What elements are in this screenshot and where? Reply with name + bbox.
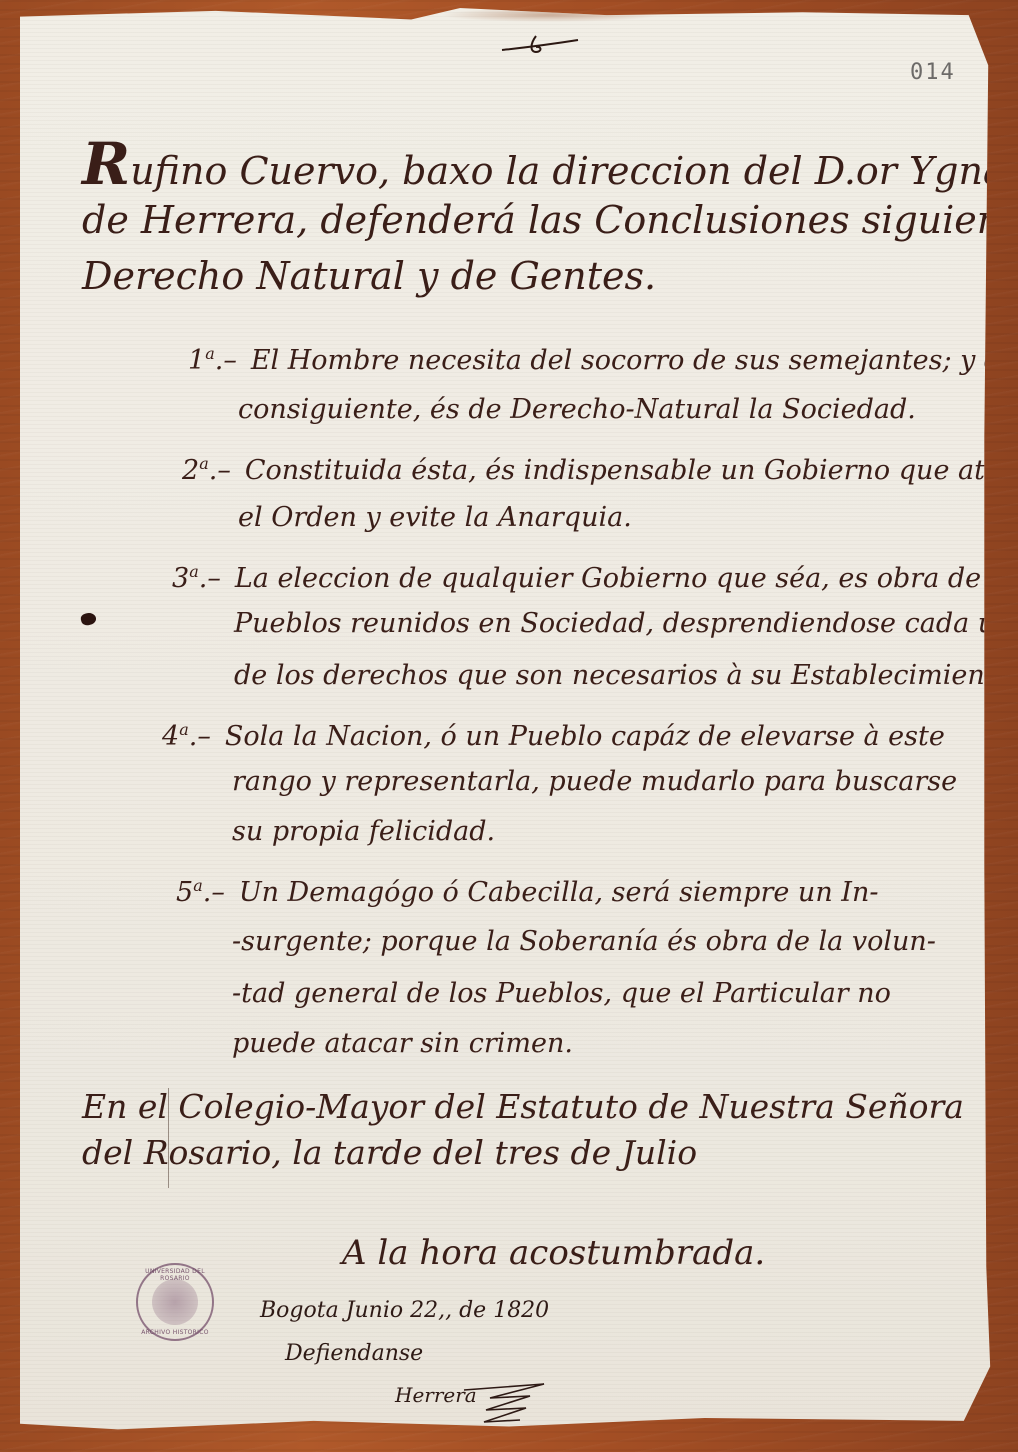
archive-stamp: UNIVERSIDAD DEL ROSARIO ARCHIVO HISTORIC…: [136, 1263, 214, 1341]
conclusion-4-line-1: 4a.–Sola la Nacion, ó un Pueblo capáz de…: [162, 710, 945, 757]
heading-line-2: de Herrera, defenderá las Conclusiones s…: [82, 192, 1018, 248]
approval-annotation: Defiendanse: [285, 1341, 423, 1366]
conclusion-2-line-2: el Orden y evite la Anarquia.: [238, 498, 632, 538]
heading-initial: R: [82, 130, 130, 198]
conclusion-3-line-3: de los derechos que son necesarios à su …: [234, 656, 1018, 696]
conclusion-number: 3a.–: [172, 563, 221, 594]
stamp-emblem-icon: [152, 1279, 198, 1325]
page-number-mark: [500, 34, 580, 54]
stamp-bottom-text: ARCHIVO HISTORICO: [138, 1329, 212, 1336]
conclusion-4-line-3: su propia felicidad.: [232, 812, 495, 852]
conclusion-5-line-3: -tad general de los Pueblos, que el Part…: [232, 974, 891, 1014]
conclusion-5-line-2: -surgente; porque la Soberanía és obra d…: [232, 922, 936, 962]
conclusion-3-line-2: Pueblos reunidos en Sociedad, desprendie…: [234, 604, 1018, 644]
conclusion-number: 4a.–: [162, 721, 211, 752]
conclusion-1-line-2: consiguiente, és de Derecho-Natural la S…: [238, 390, 916, 430]
conclusion-5-line-1: 5a.–Un Demagógo ó Cabecilla, será siempr…: [176, 866, 878, 913]
closing-line-2: del Rosario, la tarde del tres de Julio: [82, 1130, 697, 1176]
conclusion-2-line-1: 2a.–Constituida ésta, és indispensable u…: [182, 444, 1018, 491]
hour-line: A la hora acostumbrada.: [342, 1233, 765, 1273]
conclusion-4-line-2: rango y representarla, puede mudarlo par…: [232, 762, 957, 802]
conclusion-number: 5a.–: [176, 877, 225, 908]
heading-line-1-text: ufino Cuervo, baxo la direccion del D.or…: [130, 149, 1018, 193]
closing-line-1: En el Colegio-Mayor del Estatuto de Nues…: [82, 1084, 964, 1130]
conclusion-number: 2a.–: [182, 455, 231, 486]
heading-line-3: Derecho Natural y de Gentes.: [82, 248, 656, 304]
heading-line-1: Rufino Cuervo, baxo la direccion del D.o…: [82, 136, 1018, 199]
stamp-top-text: UNIVERSIDAD DEL ROSARIO: [138, 1268, 212, 1282]
conclusion-5-line-4: puede atacar sin crimen.: [232, 1024, 573, 1064]
conclusion-number: 1a.–: [188, 345, 237, 376]
conclusion-1-line-1: 1a.–El Hombre necesita del socorro de su…: [188, 334, 1017, 381]
folio-number: 014: [910, 60, 956, 85]
manuscript-page: 014 Rufino Cuervo, baxo la direccion del…: [20, 8, 998, 1438]
conclusion-3-line-1: 3a.–La eleccion de qualquier Gobierno qu…: [172, 552, 1018, 599]
date-annotation: Bogota Junio 22,, de 1820: [260, 1298, 549, 1323]
